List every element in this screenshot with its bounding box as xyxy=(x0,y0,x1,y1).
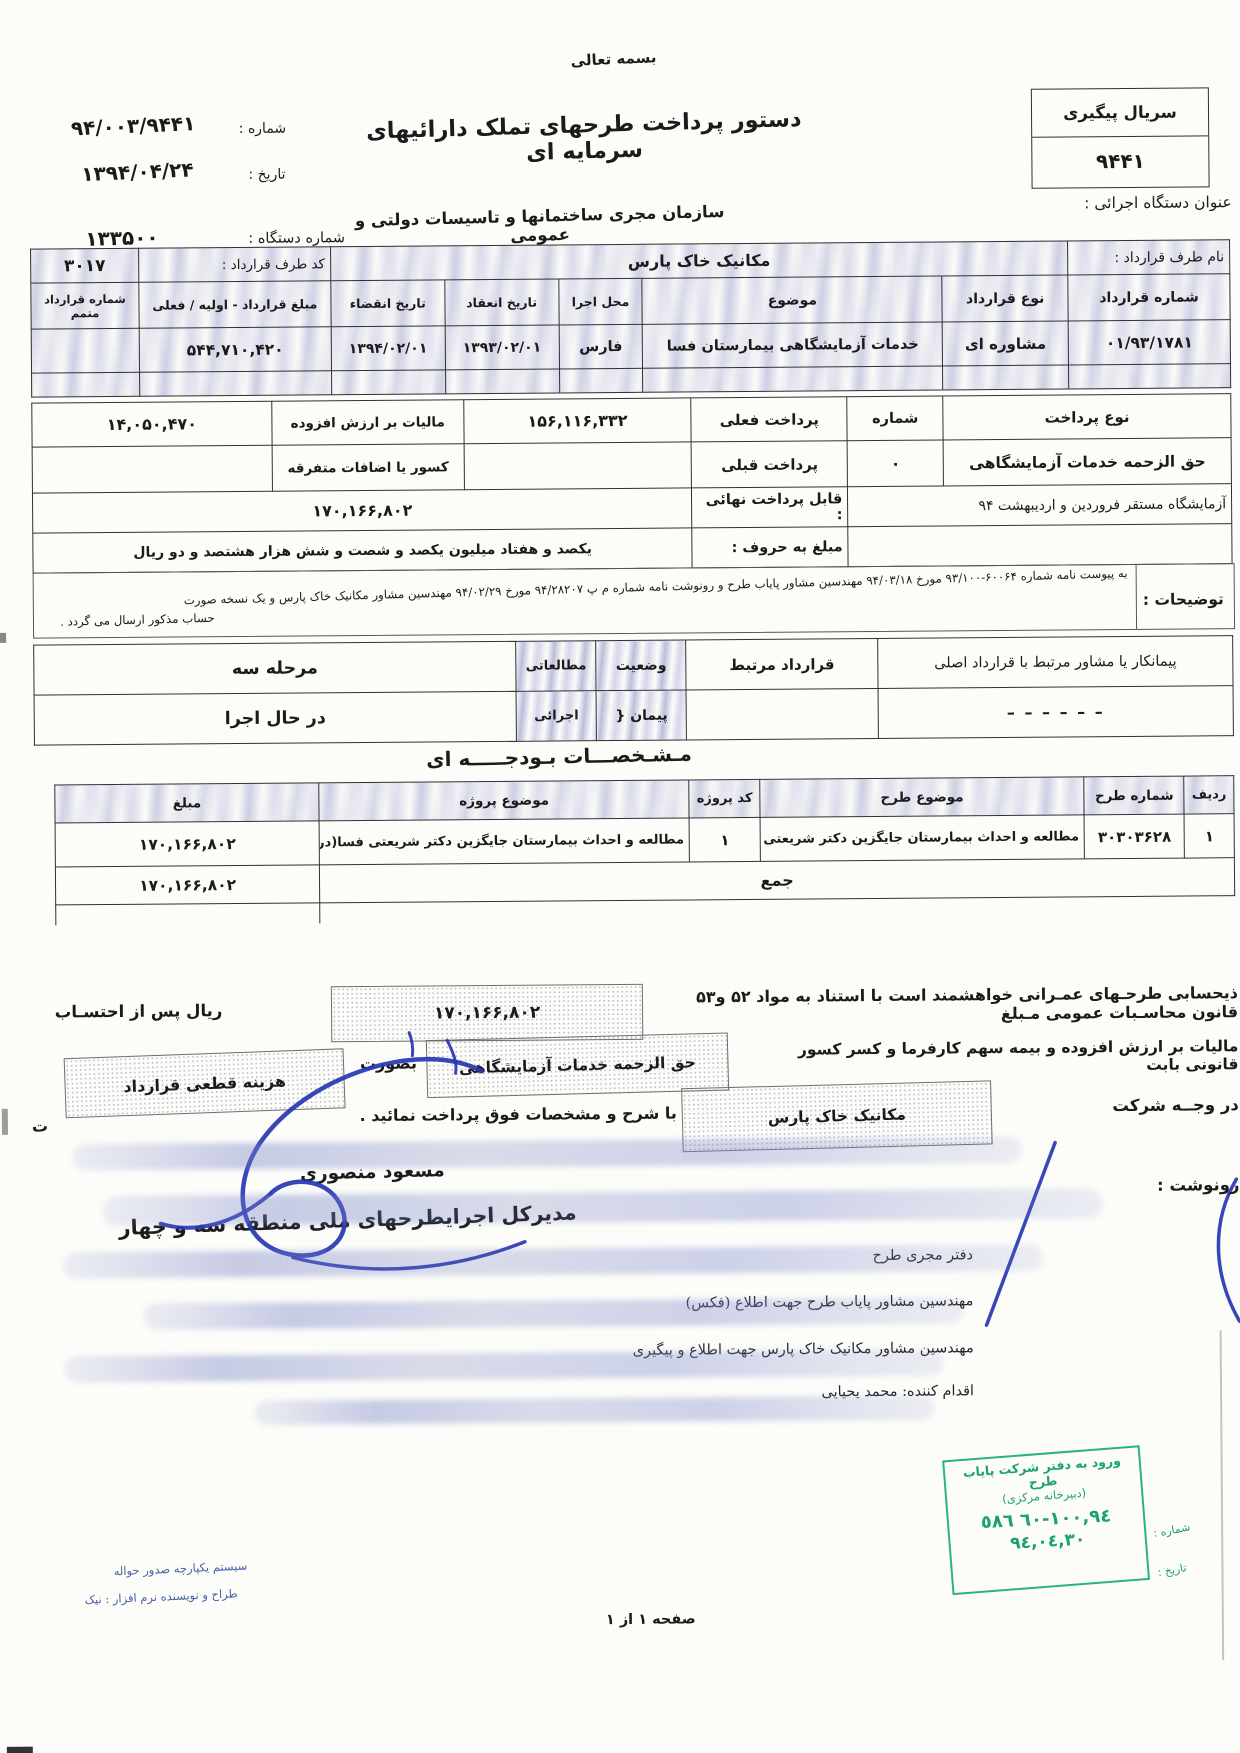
col-budget-amount: مبلغ xyxy=(55,783,319,823)
stamp-date-label: تاریخ : xyxy=(1157,1561,1188,1579)
budget-table-wrap: ردیف شماره طرح موضوع طرح کد پروژه موضوع … xyxy=(54,775,1235,925)
related-main-value: – – – – – – xyxy=(878,686,1233,739)
remarks-line2: حساب مذکور ارسال می گردد . xyxy=(60,611,215,629)
col-plan-subject: موضوع طرح xyxy=(760,777,1085,818)
budget-table: ردیف شماره طرح موضوع طرح کد پروژه موضوع … xyxy=(54,775,1235,925)
payment-number-value: ۰ xyxy=(847,440,943,487)
party-code-label: کد طرف قرارداد : xyxy=(139,247,331,283)
serial-value: ۹۴۴۱ xyxy=(1032,136,1208,186)
scan-smudge xyxy=(64,1349,944,1382)
vat-label: مالیات بر ارزش افزوده xyxy=(272,400,464,446)
sign-date-value: ۱۳۹۳/۰۲/۰۱ xyxy=(445,325,559,370)
supplement-no-value xyxy=(31,328,139,373)
amount-in-words-label: مبلغ به حروف : xyxy=(692,527,848,568)
order-line1-text: ذیحسابی طرحـهای عمـرانی خواهشمند است با … xyxy=(691,983,1238,1025)
budget-section-title: مـشـخصـــات بـودجـــــه ای xyxy=(299,739,819,774)
status-label: وضعیت xyxy=(596,640,686,691)
col-subject: موضوع xyxy=(642,276,942,324)
contract-subject-value: خدمات آزمایشگاهی بیمارستان فسا xyxy=(643,322,943,368)
stamp-number-label: شماره : xyxy=(1152,1520,1191,1540)
copies-label: رونوشت : xyxy=(1142,1175,1239,1195)
col-payment-number: شماره xyxy=(847,396,943,441)
current-payment-label: پرداخت فعلی xyxy=(691,397,847,442)
remarks-line1: به پیوست نامه شماره ۶۰۰۶۴-۹۳/۱۰۰ مورخ ۹۴… xyxy=(89,566,1128,610)
col-row-no: ردیف xyxy=(1184,776,1234,814)
party-name-value: مکانیک خاک پارس xyxy=(330,241,1068,281)
budget-project-code: ۱ xyxy=(689,817,760,862)
order-line2-text: مالیات بر ارزش افزوده و بیمه سهم کارفرما… xyxy=(751,1037,1238,1077)
party-name-label: نام طرف قرارداد : xyxy=(1068,240,1230,275)
col-location: محل اجرا xyxy=(558,278,642,325)
serial-box: سریال پیگیری ۹۴۴۱ xyxy=(1031,87,1210,188)
remarks-label: توضیحات : xyxy=(1143,590,1224,609)
scan-smudge xyxy=(102,1188,1102,1226)
col-expire-date: تاریخ انقضاء xyxy=(331,280,445,327)
previous-payment-value xyxy=(464,442,692,490)
contract-location-value: فارس xyxy=(559,324,643,369)
col-payment-type: نوع پرداخت xyxy=(943,394,1231,440)
budget-project-subject: مطالعه و احداث بیمارستان جایگزین دکتر شر… xyxy=(319,818,690,865)
bismillah: بسمه تعالی xyxy=(533,47,694,72)
signature-arc-ink xyxy=(1204,1175,1240,1325)
col-contract-type: نوع قرارداد xyxy=(942,275,1068,322)
contract-no-value: ۰۱/۹۳/۱۷۸۱ xyxy=(1068,320,1230,365)
final-payable-value: ۱۷۰,۱۶۶,۸۰۲ xyxy=(32,488,692,533)
budget-row-no: ۱ xyxy=(1185,814,1235,858)
footer-system-line1: سیستم یکپارچه صدور حواله xyxy=(100,1558,260,1579)
vat-value: ۱۴,۰۵۰,۴۷۰ xyxy=(32,401,272,447)
related-contract-table: پیمانکار یا مشاور مرتبط با قرارداد اصلی … xyxy=(33,635,1234,745)
doc-date-label: تاریخ : xyxy=(199,167,285,184)
payment-type-value: حق الزحمه خدمات آزمایشگاهی xyxy=(943,438,1231,486)
scan-smudge xyxy=(143,1297,963,1329)
contract-table-wrap: نام طرف قرارداد : مکانیک خاک پارس کد طرف… xyxy=(30,239,1231,397)
budget-plan-no: ۳۰۳۰۳۶۲۸ xyxy=(1084,814,1185,859)
related-contract-value xyxy=(686,688,878,740)
budget-amount: ۱۷۰,۱۶۶,۸۰۲ xyxy=(55,821,319,867)
col-plan-no: شماره طرح xyxy=(1084,776,1184,815)
amount-in-words-value: یکصد و هفتاد میلیون یکصد و شصت و شش هزار… xyxy=(33,528,693,573)
progress-value: در حال اجرا xyxy=(34,691,516,745)
order-line3-text: در وجــه شرکت xyxy=(1102,1095,1239,1115)
stage-value: مرحله سه xyxy=(34,641,516,695)
contract-type-value: مشاوره ای xyxy=(942,321,1068,366)
order-company-value: مکانیک خاک پارس xyxy=(768,1106,906,1127)
related-contract-label: قرارداد مرتبط xyxy=(686,638,878,690)
final-payable-label: قابل پرداخت نهائی : xyxy=(692,487,848,528)
remarks-divider xyxy=(1135,565,1137,629)
payment-table-wrap: نوع پرداخت شماره پرداخت فعلی ۱۵۶,۱۱۶,۳۳۲… xyxy=(31,393,1232,573)
scan-smudge xyxy=(254,1396,934,1425)
contract-amount-value: ۵۴۴,۷۱۰,۴۲۰ xyxy=(139,327,331,373)
col-amount: مبلغ قرارداد - اولیه / فعلی xyxy=(139,281,331,329)
col-project-code: کد پروژه xyxy=(689,779,760,818)
related-table-wrap: پیمانکار یا مشاور مرتبط با قرارداد اصلی … xyxy=(33,635,1234,745)
deductions-value xyxy=(32,445,272,493)
col-sign-date: تاریخ انعقاد xyxy=(444,279,558,326)
budget-plan-subject: مطالعه و احداث بیمارستان جایگزین دکتر شر… xyxy=(760,815,1085,862)
exec-label: اجرائی xyxy=(516,691,597,742)
lab-period-note: آزمایشگاه مستقر فروردین و اردیبهشت ۹۴ xyxy=(848,484,1232,527)
device-number-label: شماره دستگاه : xyxy=(203,230,345,247)
agency-label: عنوان دستگاه اجرائی : xyxy=(995,193,1232,213)
remarks-box: توضیحات : به پیوست نامه شماره ۶۰۰۶۴-۹۳/۱… xyxy=(33,563,1235,638)
page-number: صفحه ۱ از ۱ xyxy=(581,1611,721,1628)
deductions-label: کسور یا اضافات متفرقه xyxy=(272,444,464,492)
party-code-value: ۳۰۱۷ xyxy=(31,248,139,283)
page-title: دستور پرداخت طرحهای تملک دارائیهای سرمای… xyxy=(324,105,845,172)
stray-mark: ت xyxy=(32,1117,48,1136)
doc-number-label: شماره : xyxy=(194,121,286,138)
scan-edge-mark xyxy=(2,1109,8,1135)
col-contract-no: شماره قرارداد xyxy=(1068,274,1230,321)
related-main-label: پیمانکار یا مشاور مرتبط با قرارداد اصلی xyxy=(878,636,1233,689)
fold-line xyxy=(1220,1330,1224,1660)
serial-label: سریال پیگیری xyxy=(1032,88,1208,137)
contract-table: نام طرف قرارداد : مکانیک خاک پارس کد طرف… xyxy=(30,239,1231,397)
peyman-label: پیمان { xyxy=(596,690,686,741)
scanned-payment-order-page: بسمه تعالی ۹۴/۰۰۳/۹۴۴۱ شماره : ۱۳۹۴/۰۴/۲… xyxy=(0,0,1240,1753)
footer-system-line2: طراح و نویسنده نرم افزار : نیک xyxy=(63,1585,258,1607)
entry-stamp: ورود به دفتر شرکت پایاب طرح (دبیرخانه مر… xyxy=(942,1445,1150,1595)
col-supplement-no: شماره قرارداد متمم xyxy=(31,282,139,329)
scan-edge-mark xyxy=(7,1747,33,1753)
payment-table: نوع پرداخت شماره پرداخت فعلی ۱۵۶,۱۱۶,۳۳۲… xyxy=(31,393,1232,573)
col-project-subject: موضوع پروژه xyxy=(319,780,689,821)
study-label: مطالعاتی xyxy=(516,641,597,692)
expire-date-value: ۱۳۹۴/۰۲/۰۱ xyxy=(331,326,445,371)
budget-total-value: ۱۷۰,۱۶۶,۸۰۲ xyxy=(55,865,319,905)
current-payment-value: ۱۵۶,۱۱۶,۳۳۲ xyxy=(463,398,691,444)
previous-payment-label: پرداخت قبلی xyxy=(692,441,848,488)
scan-edge-mark xyxy=(0,633,6,643)
